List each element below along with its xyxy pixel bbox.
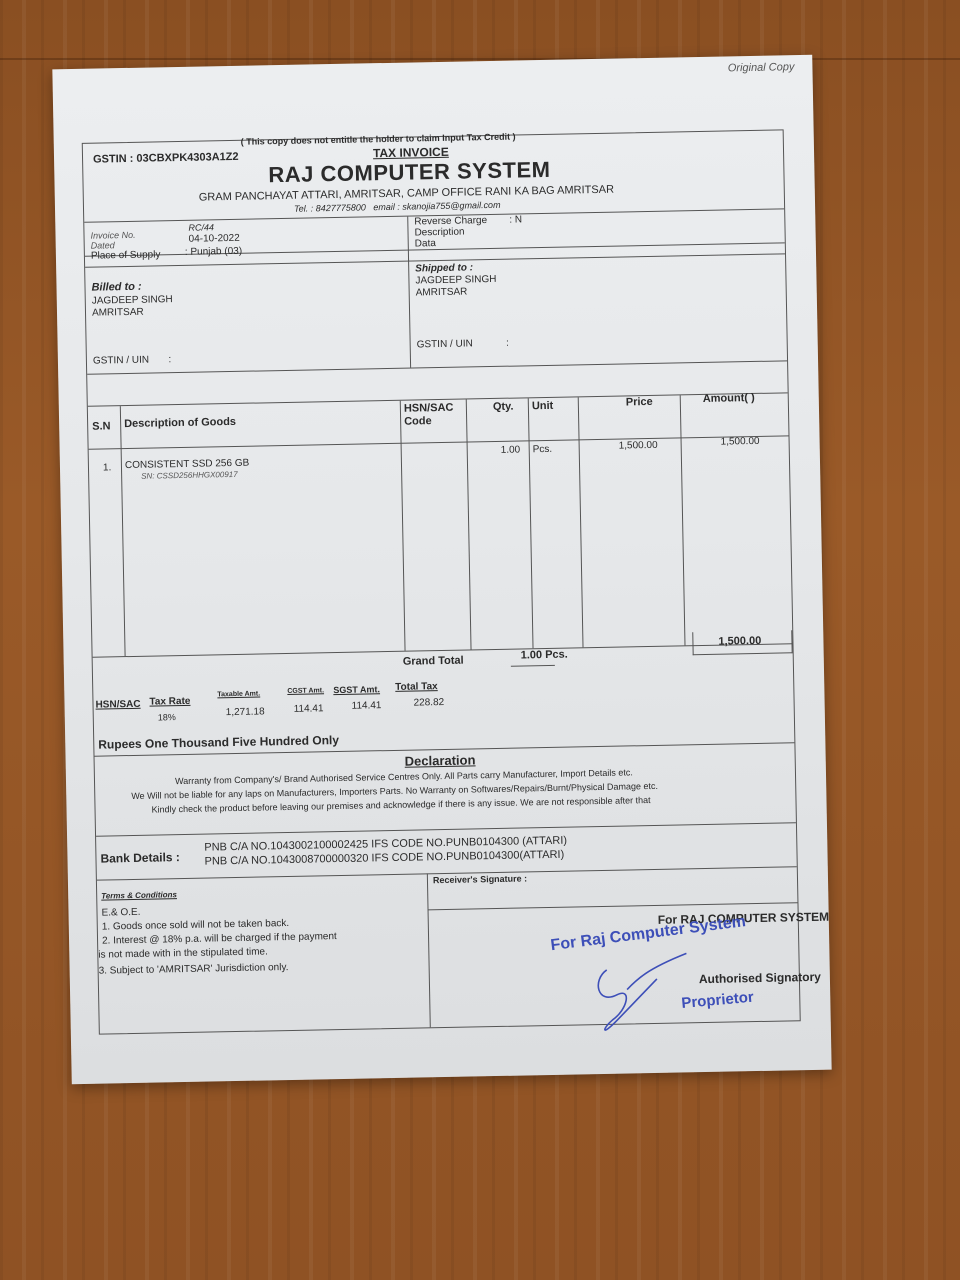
shipped-to-name: JAGDEEP SINGH: [415, 274, 496, 287]
tax-col-hsn: HSN/SAC: [95, 699, 140, 711]
col-sn: S.N: [92, 420, 111, 432]
sgst-amount: 114.41: [352, 700, 382, 712]
tax-col-sgst: SGST Amt.: [333, 684, 380, 695]
company-phone: 8427775800: [316, 202, 366, 213]
terms-line: 2. Interest @ 18% p.a. will be charged i…: [102, 931, 337, 947]
terms-line: E.& O.E.: [101, 907, 140, 919]
tax-col-taxable: Taxable Amt.: [217, 691, 260, 699]
declaration-block: Declaration Warranty from Company's/ Bra…: [95, 742, 796, 836]
cgst-amount: 114.41: [294, 703, 324, 715]
invoice-date: 04-10-2022: [189, 233, 240, 245]
itc-note: ( This copy does not entitle the holder …: [241, 132, 516, 147]
item-price: 1,500.00: [619, 440, 658, 452]
copy-label: Original Copy: [728, 61, 795, 74]
signature-scribble-icon: [586, 948, 698, 1040]
invoice-number: RC/44: [188, 222, 214, 232]
declaration-title: Declaration: [405, 752, 476, 768]
col-price: Price: [626, 396, 653, 409]
total-tax: 228.82: [413, 697, 444, 709]
gstin-label: GSTIN: [93, 153, 127, 166]
item-qty: 1.00: [501, 444, 521, 455]
grand-total-qty: 1.00: [521, 649, 543, 661]
company-name: RAJ COMPUTER SYSTEM: [268, 157, 551, 188]
shipped-to-city: AMRITSAR: [416, 286, 468, 298]
billed-to-name: JAGDEEP SINGH: [92, 294, 173, 307]
reverse-charge: N: [515, 214, 522, 225]
company-address: GRAM PANCHAYAT ATTARI, AMRITSAR, CAMP OF…: [199, 184, 614, 204]
grand-total-unit: Pcs.: [545, 649, 568, 661]
col-qty: Qty.: [493, 401, 514, 413]
billed-to-label: Billed to :: [91, 281, 141, 294]
grand-total-amount: 1,500.00: [718, 635, 761, 648]
authorised-signatory: Authorised Signatory: [699, 970, 821, 986]
col-amount: Amount( ): [703, 392, 755, 405]
tax-col-cgst: CGST Amt.: [287, 687, 324, 695]
tax-col-total: Total Tax: [395, 681, 438, 693]
col-unit: Unit: [532, 400, 554, 412]
item-amount: 1,500.00: [721, 436, 760, 448]
receiver-signature-label: Receiver's Signature :: [433, 873, 527, 885]
shipped-gstin-label: GSTIN / UIN: [417, 338, 473, 350]
place-of-supply: Punjab (03): [190, 246, 242, 258]
company-email: skanojia755@gmail.com: [402, 200, 500, 212]
gstin-value: 03CBXPK4303A1Z2: [136, 151, 238, 165]
item-unit: Pcs.: [533, 444, 553, 455]
items-table: S.N Description of Goods HSN/SAC Code Qt…: [88, 392, 793, 657]
terms-line: is not made with in the stipulated time.: [98, 946, 268, 960]
item-serial: SN: CSSD256HHGX00917: [141, 470, 238, 481]
invoice-paper: Original Copy GSTIN : 03CBXPK4303A1Z2 ( …: [52, 55, 831, 1084]
footer-block: Terms & Conditions E.& O.E. 1. Goods onc…: [97, 866, 800, 1033]
tax-col-rate: Tax Rate: [149, 696, 190, 708]
table-seam: [0, 58, 960, 60]
billed-to-city: AMRITSAR: [92, 307, 144, 319]
taxable-amount: 1,271.18: [226, 706, 265, 718]
party-block: Billed to : JAGDEEP SINGH AMRITSAR GSTIN…: [85, 252, 787, 374]
billed-gstin-label: GSTIN / UIN: [93, 355, 149, 367]
terms-line: 1. Goods once sold will not be taken bac…: [102, 918, 290, 933]
bank-label: Bank Details :: [100, 850, 180, 866]
tax-rate: 18%: [158, 712, 176, 722]
totals-block: 1,500.00 Grand Total 1.00 Pcs. HSN/SAC T…: [93, 642, 795, 756]
terms-title: Terms & Conditions: [101, 890, 177, 900]
invoice-frame: GSTIN : 03CBXPK4303A1Z2 ( This copy does…: [82, 129, 801, 1034]
terms-line: 3. Subject to 'AMRITSAR' Jurisdiction on…: [99, 962, 289, 977]
amount-in-words: Rupees One Thousand Five Hundred Only: [98, 733, 339, 752]
col-hsn: HSN/SAC Code: [404, 402, 462, 429]
col-description: Description of Goods: [124, 416, 236, 430]
grand-total-label: Grand Total: [403, 655, 464, 668]
doc-type: TAX INVOICE: [373, 145, 449, 160]
shipped-to-label: Shipped to :: [415, 262, 473, 274]
